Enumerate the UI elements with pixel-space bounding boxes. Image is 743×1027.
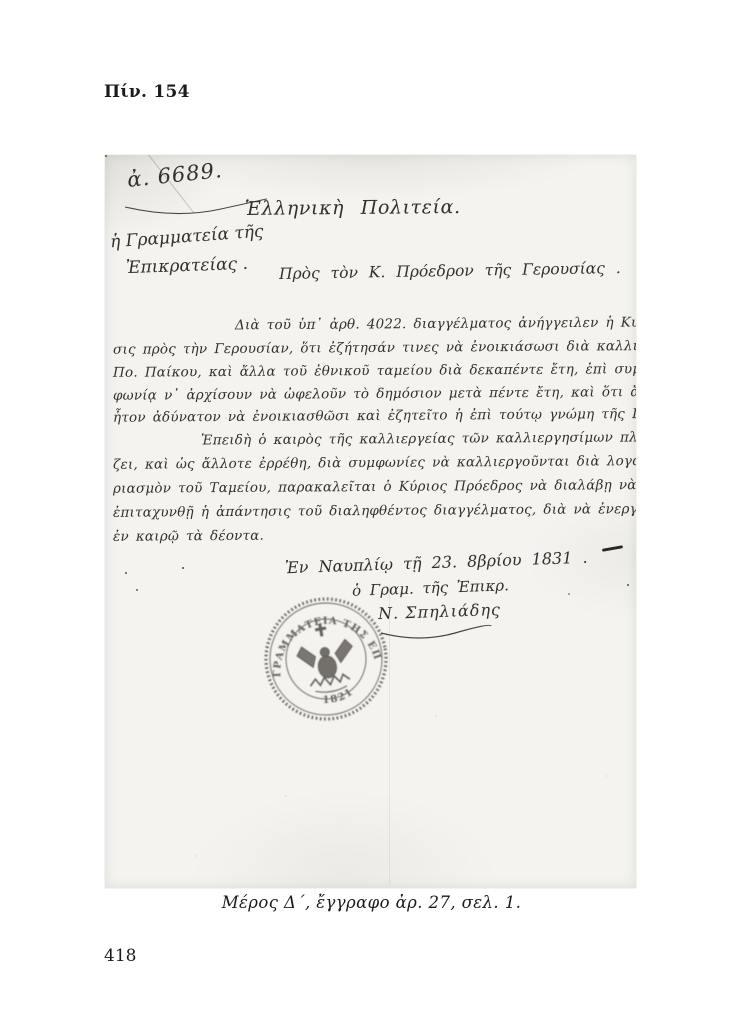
body-line: ἐπιταχυνθῇ ἡ ἀπάντησις τοῦ διαληφθέντος … [113, 498, 629, 525]
body-line: Διὰ τοῦ ὑπ᾽ ἀρθ. 4022. διαγγέλματος ἀνήγ… [113, 311, 636, 338]
body-line: ζει, καὶ ὡς ἄλλοτε ἐρρέθη, διὰ συμφωνίες… [113, 450, 629, 477]
signature-flourish-icon [375, 623, 495, 643]
document-photo: ἀ. 6689. Ἑλληνικὴ Πολιτεία. ἡ Γραμματεία… [105, 155, 636, 888]
document-heading: Ἑλληνικὴ Πολιτεία. [245, 196, 461, 220]
seal-icon: ΓΡΑΜΜΑΤΕΙΑ ΤΗΣ ΕΠΙΚΡΑΤΕΙΑΣ 1821 [250, 583, 403, 736]
plate-label: Πίν. 154 [104, 82, 190, 102]
body-line: ἐν καιρῷ τὰ δέοντα. [113, 522, 629, 549]
photo-caption: Μέρος Δ΄, ἔγγραφο ἀρ. 27, σελ. 1. [0, 893, 743, 912]
photo-specks [105, 155, 107, 157]
body-line: ἦτον ἀδύνατον νὰ ἐνοικιασθῶσι καὶ ἐζητεῖ… [113, 403, 629, 430]
addressee-line: Πρὸς τὸν Κ. Πρόεδρον τῆς Γερουσίας . [279, 259, 621, 283]
page-number: 418 [104, 946, 136, 966]
stray-ink-dash [602, 545, 623, 552]
protocol-number: ἀ. 6689. [126, 158, 224, 192]
body-line: Ἐπειδὴ ὁ καιρὸς τῆς καλλιεργείας τῶν καλ… [113, 426, 636, 453]
signature-name: Ν. Σπηλιάδης [378, 600, 502, 623]
body-line: ριασμὸν τοῦ Ταμείου, παρακαλεῖται ὁ Κύρι… [113, 474, 629, 501]
dateline: Ἐν Ναυπλίῳ τῇ 23. 8βρίου 1831 . [285, 548, 588, 578]
seal-year: 1821 [320, 685, 357, 707]
sender-line-1: ἡ Γραμματεία τῆς [109, 222, 264, 253]
sender-line-2: Ἐπικρατείας . [126, 254, 249, 278]
state-seal: ΓΡΑΜΜΑΤΕΙΑ ΤΗΣ ΕΠΙΚΡΑΤΕΙΑΣ 1821 [250, 583, 403, 736]
seal-ring-text: ΓΡΑΜΜΑΤΕΙΑ ΤΗΣ ΕΠΙΚΡΑΤΕΙΑΣ [250, 583, 384, 683]
